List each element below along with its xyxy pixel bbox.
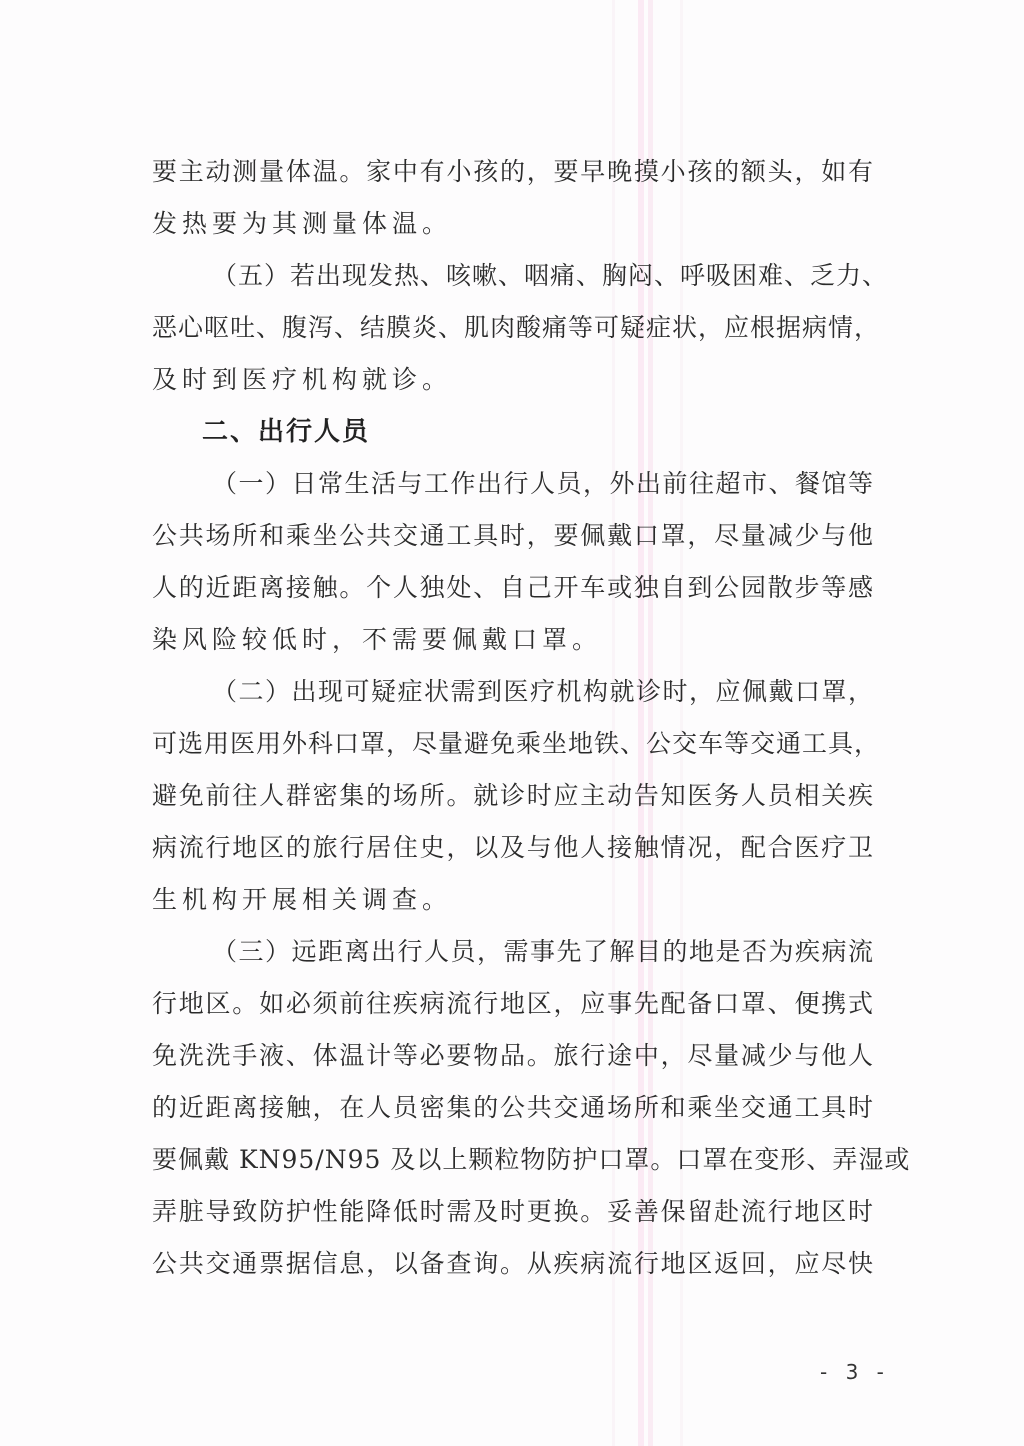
section-heading: 二、出行人员 xyxy=(152,412,874,464)
paragraph-start-line: （二）出现可疑症状需到医疗机构就诊时，应佩戴口罩， xyxy=(152,672,874,724)
text-line: 染风险较低时，不需要佩戴口罩。 xyxy=(152,620,874,672)
text-line: 要主动测量体温。家中有小孩的，要早晚摸小孩的额头，如有 xyxy=(152,152,874,204)
page-number: - 3 - xyxy=(820,1360,890,1384)
paragraph-start-line: （一）日常生活与工作出行人员，外出前往超市、餐馆等 xyxy=(152,464,874,516)
text-line: 避免前往人群密集的场所。就诊时应主动告知医务人员相关疾 xyxy=(152,776,874,828)
document-body: 要主动测量体温。家中有小孩的，要早晚摸小孩的额头，如有 发热要为其测量体温。 （… xyxy=(152,152,874,1296)
paragraph-start-line: （五）若出现发热、咳嗽、咽痛、胸闷、呼吸困难、乏力、 xyxy=(152,256,874,308)
text-line: 生机构开展相关调查。 xyxy=(152,880,874,932)
text-line: 弄脏导致防护性能降低时需及时更换。妥善保留赴流行地区时 xyxy=(152,1192,874,1244)
text-line: 可选用医用外科口罩，尽量避免乘坐地铁、公交车等交通工具， xyxy=(152,724,874,776)
text-line: 人的近距离接触。个人独处、自己开车或独自到公园散步等感 xyxy=(152,568,874,620)
text-line: 的近距离接触，在人员密集的公共交通场所和乘坐交通工具时 xyxy=(152,1088,874,1140)
text-line: 发热要为其测量体温。 xyxy=(152,204,874,256)
text-line: 及时到医疗机构就诊。 xyxy=(152,360,874,412)
text-line: 公共场所和乘坐公共交通工具时，要佩戴口罩，尽量减少与他 xyxy=(152,516,874,568)
text-line: 要佩戴 KN95/N95 及以上颗粒物防护口罩。口罩在变形、弄湿或 xyxy=(152,1140,874,1192)
text-line: 免洗洗手液、体温计等必要物品。旅行途中，尽量减少与他人 xyxy=(152,1036,874,1088)
text-line: 恶心呕吐、腹泻、结膜炎、肌肉酸痛等可疑症状，应根据病情， xyxy=(152,308,874,360)
text-line: 行地区。如必须前往疾病流行地区，应事先配备口罩、便携式 xyxy=(152,984,874,1036)
text-line: 公共交通票据信息，以备查询。从疾病流行地区返回，应尽快 xyxy=(152,1244,874,1296)
text-line: 病流行地区的旅行居住史，以及与他人接触情况，配合医疗卫 xyxy=(152,828,874,880)
paragraph-start-line: （三）远距离出行人员，需事先了解目的地是否为疾病流 xyxy=(152,932,874,984)
